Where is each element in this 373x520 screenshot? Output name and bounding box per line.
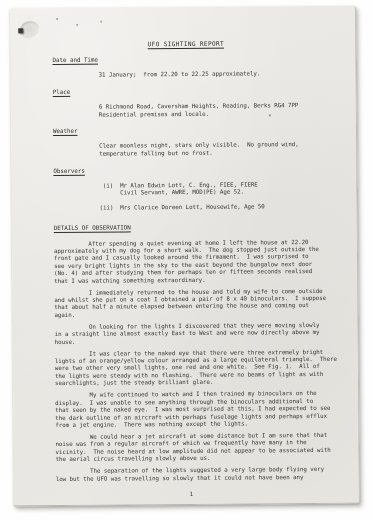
section-observers: Observers (i) Mr Alan Edwin Lott, C. Eng… bbox=[53, 166, 340, 213]
section-heading-weather: Weather bbox=[53, 127, 340, 137]
details-paragraph-1: After spending a quiet evening at home I… bbox=[54, 239, 341, 286]
paper-speck bbox=[100, 21, 102, 23]
document-title: UFO SIGHTING REPORT bbox=[32, 40, 339, 50]
section-heading-observers: Observers bbox=[53, 166, 340, 176]
scanned-document-page: UFO SIGHTING REPORT Date and Time 31 Jan… bbox=[10, 6, 360, 507]
details-paragraph-3: On looking for the lights I discovered t… bbox=[55, 323, 342, 347]
observers-list: (i) Mr Alan Edwin Lott, C. Eng., FIEE, F… bbox=[53, 181, 340, 213]
section-heading-details-of-observation: DETAILS OF OBSERVATION bbox=[54, 224, 341, 234]
section-date-and-time: Date and Time 31 January; from 22.20 to … bbox=[52, 56, 339, 81]
details-paragraph-2: I immediately returned to the house and … bbox=[54, 288, 341, 320]
section-place: Place 6 Richmond Road, Caversham Heights… bbox=[53, 88, 340, 120]
section-heading-place: Place bbox=[53, 88, 340, 98]
details-paragraph-6: We could hear a jet aircraft at some dis… bbox=[55, 433, 342, 465]
page-number: 1 bbox=[40, 491, 343, 501]
details-paragraph-4: It was clear to the naked eye that there… bbox=[55, 349, 342, 388]
paper-speck bbox=[269, 114, 271, 116]
section-heading-date-and-time: Date and Time bbox=[52, 56, 339, 66]
date-and-time-text: 31 January; from 22.20 to 22.25 approxim… bbox=[53, 71, 340, 81]
details-paragraph-5: My wife continued to watch and I then tr… bbox=[55, 391, 342, 430]
paper-speck bbox=[76, 24, 78, 26]
staple-hole-mark bbox=[20, 21, 40, 39]
section-weather: Weather Clear moonless night, stars only… bbox=[53, 127, 340, 159]
staple-icon bbox=[18, 28, 23, 33]
place-text: 6 Richmond Road, Caversham Heights, Read… bbox=[53, 103, 340, 120]
section-details-of-observation: DETAILS OF OBSERVATION After spending a … bbox=[54, 224, 343, 484]
details-paragraph-7: The separation of the lights suggested a… bbox=[56, 467, 343, 484]
weather-text: Clear moonless night, stars only visible… bbox=[53, 142, 340, 159]
paper-speck bbox=[56, 18, 58, 20]
